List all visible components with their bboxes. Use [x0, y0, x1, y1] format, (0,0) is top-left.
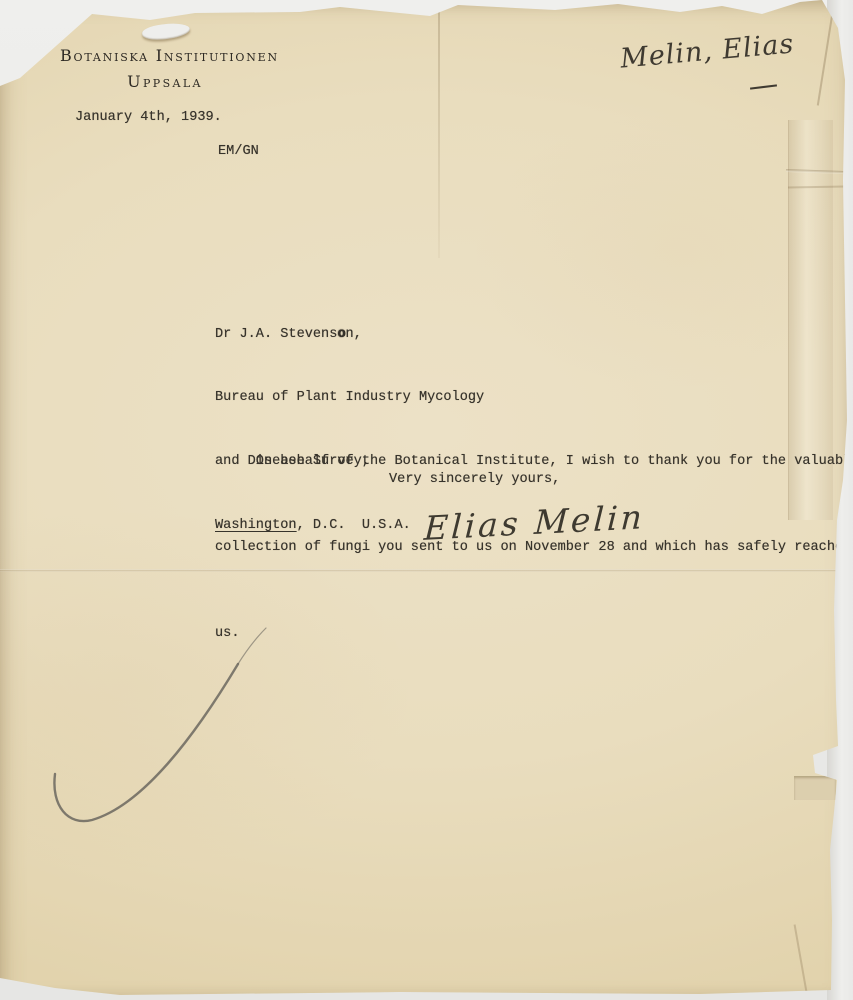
- annotation-underline: [750, 84, 777, 89]
- vertical-fold-crease: [438, 0, 440, 258]
- letterhead-city: Uppsala: [58, 72, 272, 91]
- top-right-corner-crease: [817, 14, 833, 105]
- valediction: Very sincerely yours,: [389, 472, 560, 487]
- date-line: January 4th, 1939.: [75, 110, 222, 125]
- reference-initials: EM/GN: [218, 144, 259, 159]
- scanned-letter: Botaniska Institutionen Uppsala January …: [0, 0, 853, 1000]
- right-edge-torn-flap: [794, 776, 836, 800]
- body-line: us.: [215, 620, 853, 649]
- body-paragraph: On behalf of the Botanical Institute, I …: [215, 391, 853, 706]
- torn-hole: [141, 21, 190, 42]
- pencil-checkmark: [38, 626, 278, 836]
- overstruck-character: o: [337, 327, 345, 342]
- letter-paper: Botaniska Institutionen Uppsala January …: [0, 0, 853, 1000]
- recipient-name-line: Dr J.A. Stevenson,: [215, 324, 484, 345]
- letterhead-institution: Botaniska Institutionen: [60, 46, 279, 65]
- bottom-right-crease: [794, 924, 809, 997]
- handwritten-annotation: Melin, Elias: [619, 28, 795, 74]
